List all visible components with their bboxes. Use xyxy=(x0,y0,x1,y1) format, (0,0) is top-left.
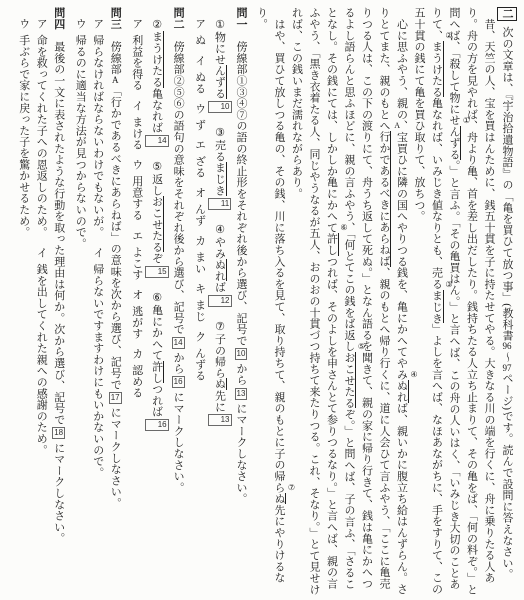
mark-label-6: ⑥ xyxy=(340,224,347,232)
instruction-line: 二次の文章は、『宇治拾遺物語』の「亀を買ひて放つ事」(教科書96～97ページ)で… xyxy=(497,7,517,595)
question-2-statement: 問二 傍線部②⑤⑥の語句の意味をそれぞれ後から選び、記号で14から16にマークし… xyxy=(169,7,187,595)
answer-box: 13 xyxy=(208,414,232,426)
mark-label-7: ⑦ xyxy=(288,484,295,492)
answer-box: 15 xyxy=(145,266,169,278)
option-o: オんず xyxy=(194,187,206,226)
answer-box: 10 xyxy=(208,101,232,113)
ref-letter-A: A xyxy=(112,75,119,85)
question-3-statement: 問三 傍線部A「行かであるべきにあらねば」の意味を次から選び、記号で17にマーク… xyxy=(106,7,124,595)
option-u: ウ手ぶらで家に戻った子を驚かせるため。 xyxy=(18,18,30,238)
question-1: 問一 傍線部①③④⑦の語の終止形をそれぞれ後から選び、記号で10から13にマーク… xyxy=(190,7,249,595)
item-7: ⑦子の帰らぬ先に13 xyxy=(214,320,226,429)
tilde: ～ xyxy=(501,351,513,362)
option-a: ア命を救ってくれた子への恩返しのため。 xyxy=(35,18,47,238)
item-5: ⑤返しおこせたるぞ15 xyxy=(151,160,163,281)
option-ka: カ認める xyxy=(131,348,143,398)
mark-number-box-10: 10 xyxy=(235,348,248,360)
item-3: ③売るまじき11 xyxy=(214,126,226,213)
sideline-5: ⑤おこせたる xyxy=(343,352,356,409)
instruction-text: 次の文章は、『宇治拾遺物語』の「亀を買ひて放つ事」(教科書 xyxy=(501,26,513,341)
option-e: エよこす xyxy=(131,230,143,280)
item-4: ④やみぬれば12 xyxy=(214,223,226,310)
option-a: ア帰らなければならないわけでもないが。 xyxy=(92,18,104,238)
question-4-label: 問四 xyxy=(53,7,65,30)
question-4-statement: 問四 最後の一文に表されたような行動を取った理由は何か。次から選び、記号で18に… xyxy=(49,7,67,595)
option-a: ア利益を得る xyxy=(131,18,143,91)
sideline-4: ④ぬれ xyxy=(396,380,409,403)
item-2: ②まうけたる亀なれば14 xyxy=(151,18,163,150)
answer-box: 16 xyxy=(145,419,169,431)
question-1-statement: 問一 傍線部①③④⑦の語の終止形をそれぞれ後から選び、記号で10から13にマーク… xyxy=(232,7,250,595)
sideline-A: A行かであるべきにあらねば xyxy=(378,131,391,267)
mark-number-box-13: 13 xyxy=(235,388,248,400)
quote-paragraph-3: はや、買ひて放しつる亀の、その銭、川に落ち入るを見て、取り持ちて、親のもとに子の… xyxy=(252,7,287,595)
mark-number-box-16: 16 xyxy=(172,376,185,388)
option-a: アぬ xyxy=(194,18,206,46)
mark-number-box-18: 18 xyxy=(52,427,65,439)
mark-number-box-17: 17 xyxy=(109,392,122,404)
option-ka: カまい xyxy=(194,235,206,274)
question-2: 問二 傍線部②⑤⑥の語句の意味をそれぞれ後から選び、記号で14から16にマークし… xyxy=(127,7,186,595)
option-u: ウ帰るのに適当な方法が見つからないので。 xyxy=(74,18,86,249)
option-ku: クんずる xyxy=(194,331,206,381)
question-3-options-line-1: ア帰らなければならないわけでもないが。イ帰らないですますわけにもいかないので。 xyxy=(88,7,106,595)
mark-label-A: A xyxy=(394,122,400,130)
mark-label-1: ① xyxy=(463,117,470,125)
quote-paragraph-1: 昔、天竺の人、宝を買はんために、銭五十貫を子に持たせてやる。大きなる川の端を行く… xyxy=(410,7,498,595)
question-1-options: アぬイぬるウずエざるオんずカまいキまじクんずる xyxy=(190,7,208,595)
mark-label-3: ③ xyxy=(445,281,452,289)
sideline-1: ①んずる xyxy=(448,126,461,160)
mark-number-box-14: 14 xyxy=(172,337,185,349)
question-4: 問四 最後の一文に表されたような行動を取った理由は何か。次から選び、記号で18に… xyxy=(14,7,67,595)
page-number-end: 97 xyxy=(503,363,512,373)
option-i: イまける xyxy=(131,100,143,150)
answer-box: 14 xyxy=(145,135,169,147)
option-o: オ逃がす xyxy=(131,289,143,339)
option-ki: キまじ xyxy=(194,283,206,322)
question-1-items: ①物にせんずる10③売るまじき11④やみぬれば12⑦子の帰らぬ先に13 xyxy=(208,7,232,595)
mark-label-5: ⑤ xyxy=(358,343,365,351)
page-number-start: 96 xyxy=(503,341,512,351)
option-e: エざる xyxy=(194,139,206,178)
option-i: イ帰らないですますわけにもいかないので。 xyxy=(92,247,104,478)
worksheet-page: 二次の文章は、『宇治拾遺物語』の「亀を買ひて放つ事」(教科書96～97ページ)で… xyxy=(0,0,524,600)
item-6: ⑥亀にかへて許しつれば16 xyxy=(151,291,163,434)
question-4-options-line-2: ウ手ぶらで家に戻った子を驚かせるため。 xyxy=(14,7,32,595)
option-u: ウず xyxy=(194,103,206,131)
answer-box: 11 xyxy=(208,198,231,210)
question-3-label: 問三 xyxy=(109,7,121,30)
sideline-2: ②まうけたる xyxy=(431,41,444,98)
sideline-7: ⑦ぬ xyxy=(273,493,286,504)
section-number-box: 二 xyxy=(497,7,517,21)
quote-paragraph-2: 心に思ふやう、親の、宝買ひに隣の国へやりつる銭を、亀にかへてやみ④ぬれば、親いか… xyxy=(287,7,410,595)
answer-box: 12 xyxy=(208,295,232,307)
item-1: ①物にせんずる10 xyxy=(214,18,226,116)
option-u: ウ用意する xyxy=(131,159,143,221)
option-i: イぬる xyxy=(194,55,206,94)
question-1-label: 問一 xyxy=(235,7,247,30)
question-2-options: ア利益を得るイまけるウ用意するエよこすオ逃がすカ認める xyxy=(127,7,145,595)
question-2-label: 問二 xyxy=(172,7,184,30)
classical-text: 昔、天竺の人、宝を買はんために、銭五十貫を子に持たせてやる。大きなる川の端を行く… xyxy=(252,7,497,595)
mark-label-2: ② xyxy=(445,32,452,40)
question-3-options-line-2: ウ帰るのに適当な方法が見つからないので。 xyxy=(71,7,89,595)
vertical-text-flow: 二次の文章は、『宇治拾遺物語』の「亀を買ひて放つ事」(教科書96～97ページ)で… xyxy=(2,7,517,595)
question-3: 問三 傍線部A「行かであるべきにあらねば」の意味を次から選び、記号で17にマーク… xyxy=(71,7,124,595)
sideline-3: ③まじき xyxy=(431,290,444,324)
sideline-6: ⑥許し xyxy=(326,233,339,256)
question-4-options-line-1: ア命を救ってくれた子への恩返しのため。イ銭を出してくれた親への感謝のため。 xyxy=(32,7,50,595)
question-2-items: ②まうけたる亀なれば14⑤返しおこせたるぞ15⑥亀にかへて許しつれば16 xyxy=(145,7,169,595)
mark-label-4: ④ xyxy=(410,371,417,379)
option-i: イ銭を出してくれた親への感謝のため。 xyxy=(35,247,47,455)
instruction-text-2: ページ)です。読んで設問に答えなさい。 xyxy=(501,373,513,580)
